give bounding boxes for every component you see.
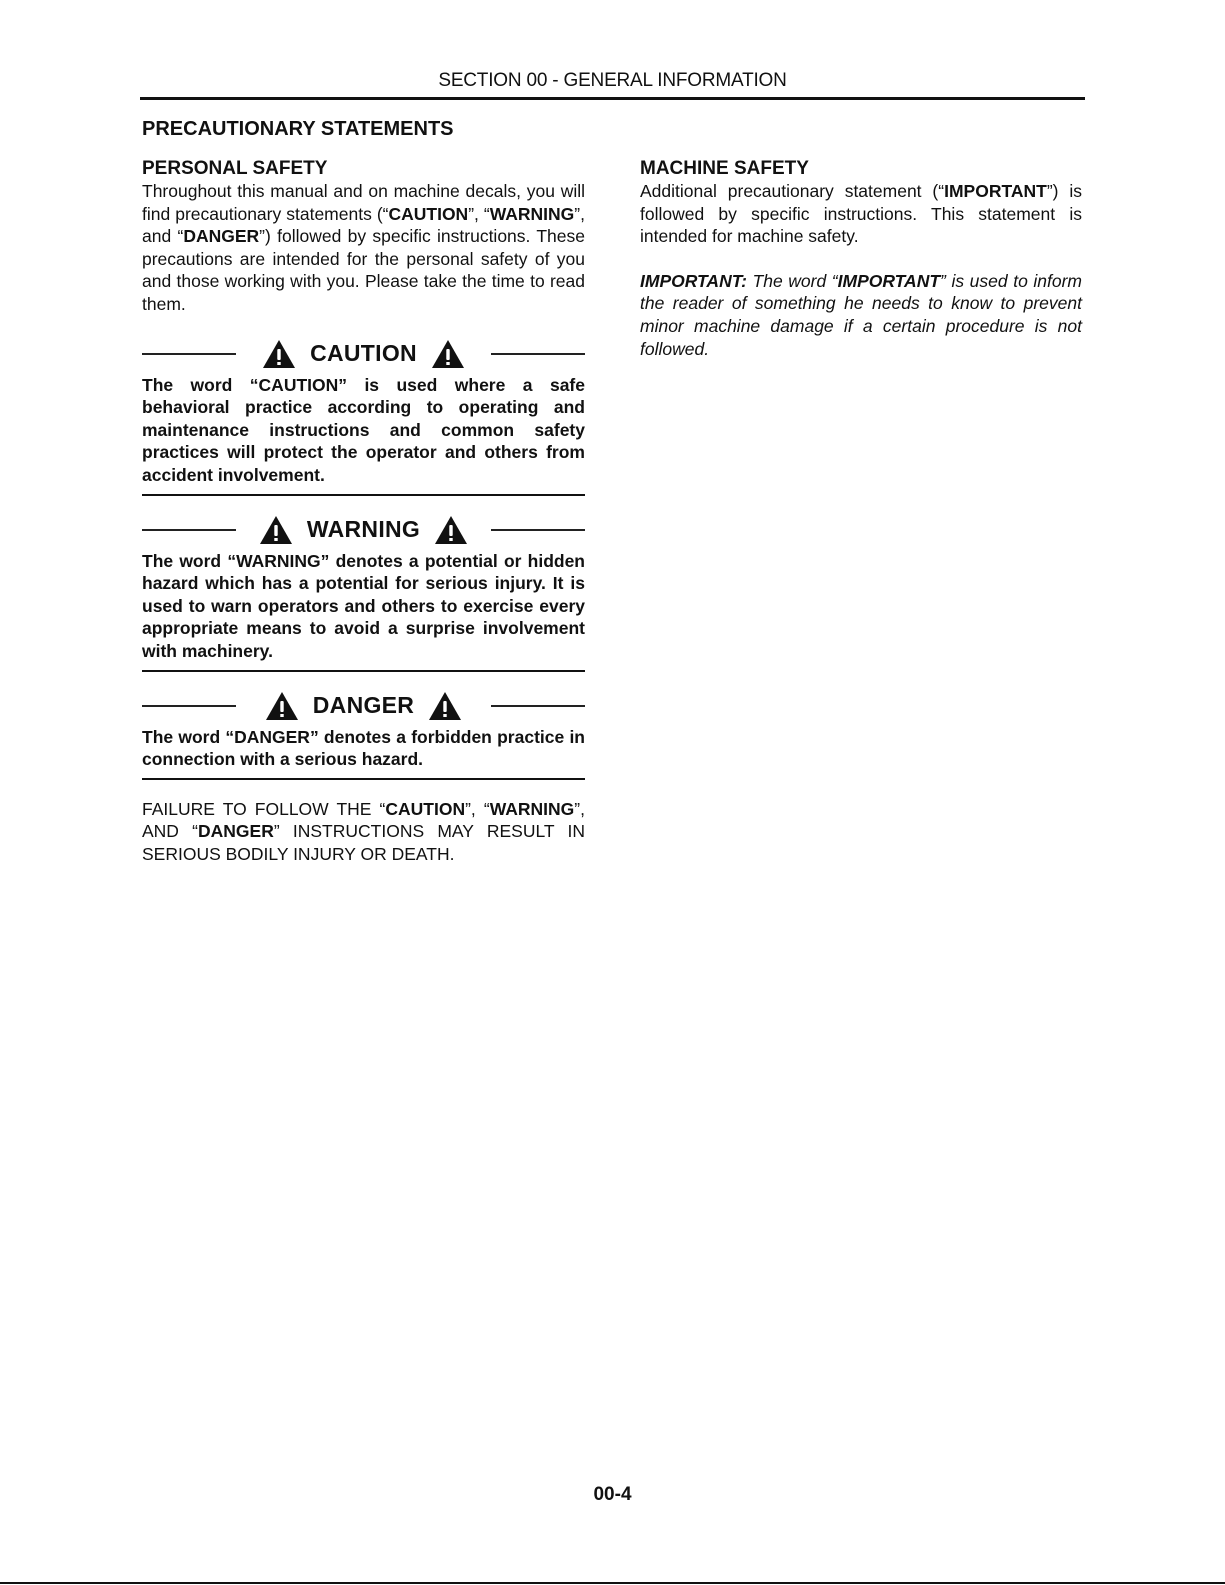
caution-description: The word “CAUTION” is used where a safe …: [142, 374, 585, 487]
warning-rule: [142, 670, 585, 672]
failure-notice: FAILURE TO FOLLOW THE “CAUTION”, “WARNIN…: [142, 798, 585, 866]
personal-safety-intro: Throughout this manual and on machine de…: [142, 180, 585, 316]
divider-dash: [491, 705, 585, 707]
divider-dash: [142, 529, 236, 531]
personal-safety-heading: PERSONAL SAFETY: [142, 158, 585, 180]
caution-block: CAUTION The word “CAUTION” is used where…: [142, 334, 585, 496]
warning-triangle-icon: [434, 515, 468, 545]
warning-signal-word: WARNING: [307, 516, 420, 543]
machine-safety-intro: Additional precautionary statement (“IMP…: [640, 180, 1082, 248]
warning-triangle-icon: [259, 515, 293, 545]
danger-signal-header: DANGER: [142, 686, 585, 726]
danger-signal-word: DANGER: [313, 692, 414, 719]
page-number: 00-4: [0, 1484, 1225, 1506]
personal-safety-column: PERSONAL SAFETY Throughout this manual a…: [142, 154, 585, 865]
danger-rule: [142, 778, 585, 780]
caution-signal-header: CAUTION: [142, 334, 585, 374]
caution-signal-word: CAUTION: [310, 340, 417, 367]
divider-dash: [142, 705, 236, 707]
warning-triangle-icon: [428, 691, 462, 721]
section-header: SECTION 00 - GENERAL INFORMATION: [0, 70, 1225, 92]
machine-safety-heading: MACHINE SAFETY: [640, 158, 1082, 180]
divider-dash: [491, 353, 585, 355]
important-note: IMPORTANT: The word “IMPORTANT” is used …: [640, 270, 1082, 360]
warning-description: The word “WARNING” denotes a potential o…: [142, 550, 585, 663]
warning-block: WARNING The word “WARNING” denotes a pot…: [142, 510, 585, 672]
danger-block: DANGER The word “DANGER” denotes a forbi…: [142, 686, 585, 780]
machine-safety-column: MACHINE SAFETY Additional precautionary …: [640, 154, 1082, 360]
divider-dash: [491, 529, 585, 531]
caution-rule: [142, 494, 585, 496]
warning-triangle-icon: [431, 339, 465, 369]
divider-dash: [142, 353, 236, 355]
warning-triangle-icon: [265, 691, 299, 721]
important-label: IMPORTANT:: [640, 271, 747, 291]
danger-description: The word “DANGER” denotes a forbidden pr…: [142, 726, 585, 771]
warning-triangle-icon: [262, 339, 296, 369]
header-rule: [140, 97, 1085, 100]
warning-signal-header: WARNING: [142, 510, 585, 550]
bottom-rule: [0, 1582, 1225, 1584]
page-title: PRECAUTIONARY STATEMENTS: [142, 118, 454, 141]
